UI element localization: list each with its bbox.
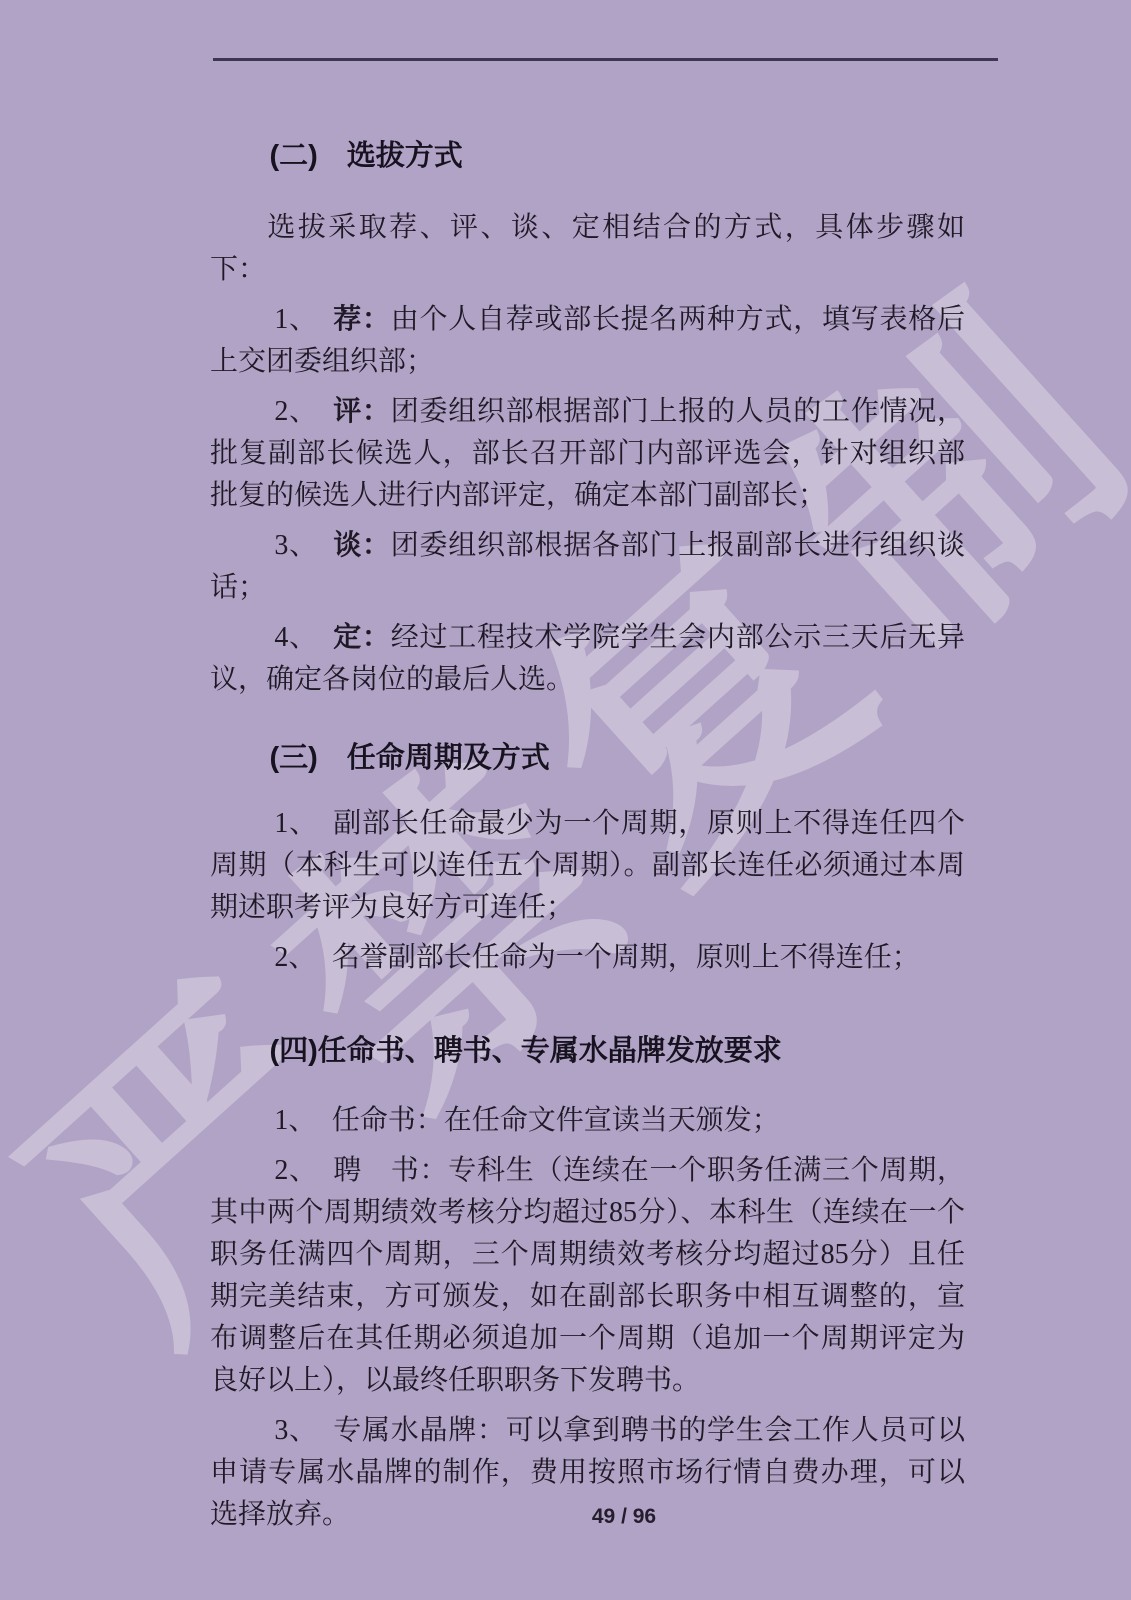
item-number: 3、 [274,530,318,561]
item-number: 4、 [274,622,318,653]
item-number: 1、 [274,808,318,839]
header-rule [213,58,998,61]
item-number: 2、 [274,1155,318,1186]
item-number: 1、 [274,1105,316,1136]
document-content: (二) 选拔方式 选拔采取荐、评、谈、定相结合的方式，具体步骤如下： 1、荐：由… [0,0,1131,1536]
item-number: 2、 [274,942,316,973]
list-item: 2、评：团委组织部根据部门上报的人员的工作情况，批复副部长候选人，部长召开部门内… [210,391,965,517]
item-text: 团委组织部根据各部门上报副部长进行组织谈话； [210,530,965,603]
list-item: 3、谈：团委组织部根据各部门上报副部长进行组织谈话； [210,525,965,609]
item-keyword: 评： [333,396,391,427]
list-item: 4、定：经过工程技术学院学生会内部公示三天后无异议，确定各岗位的最后人选。 [210,617,965,701]
list-item: 3、专属水晶牌：可以拿到聘书的学生会工作人员可以申请专属水晶牌的制作，费用按照市… [210,1410,965,1536]
list-item: 1、副部长任命最少为一个周期，原则上不得连任四个周期（本科生可以连任五个周期）。… [210,803,965,929]
item-text: 团委组织部根据部门上报的人员的工作情况，批复副部长候选人，部长召开部门内部评选会… [210,396,965,511]
list-item: 2、名誉副部长任命为一个周期，原则上不得连任； [210,937,965,979]
item-text: 任命书：在任命文件宣读当天颁发； [332,1105,780,1136]
page-number: 49 / 96 [592,1505,656,1529]
list-item: 1、任命书：在任命文件宣读当天颁发； [210,1100,965,1142]
section-heading-4: (四)任命书、聘书、专属水晶牌发放要求 [210,1030,965,1072]
item-number: 3、 [274,1415,318,1446]
item-text: 专属水晶牌：可以拿到聘书的学生会工作人员可以申请专属水晶牌的制作，费用按照市场行… [210,1415,965,1530]
item-text: 经过工程技术学院学生会内部公示三天后无异议，确定各岗位的最后人选。 [210,622,965,695]
list-item: 2、聘 书：专科生（连续在一个职务任满三个周期，其中两个周期绩效考核分均超过85… [210,1150,965,1402]
item-text: 副部长任命最少为一个周期，原则上不得连任四个周期（本科生可以连任五个周期）。副部… [210,808,965,923]
item-number: 2、 [274,396,318,427]
list-item: 1、荐：由个人自荐或部长提名两种方式，填写表格后上交团委组织部； [210,299,965,383]
document-page: 严禁复制 (二) 选拔方式 选拔采取荐、评、谈、定相结合的方式，具体步骤如下： … [0,0,1131,1600]
item-number: 1、 [274,304,318,335]
item-keyword: 定： [333,622,391,653]
section-heading-2: (二) 选拔方式 [210,135,965,177]
section-heading-3: (三) 任命周期及方式 [210,737,965,779]
item-text: 聘 书：专科生（连续在一个职务任满三个周期，其中两个周期绩效考核分均超过85分）… [210,1155,965,1396]
item-keyword: 谈： [333,530,391,561]
intro-paragraph: 选拔采取荐、评、谈、定相结合的方式，具体步骤如下： [210,207,965,291]
item-text: 名誉副部长任命为一个周期，原则上不得连任； [332,942,920,973]
item-text: 由个人自荐或部长提名两种方式，填写表格后上交团委组织部； [210,304,965,377]
item-keyword: 荐： [333,304,391,335]
